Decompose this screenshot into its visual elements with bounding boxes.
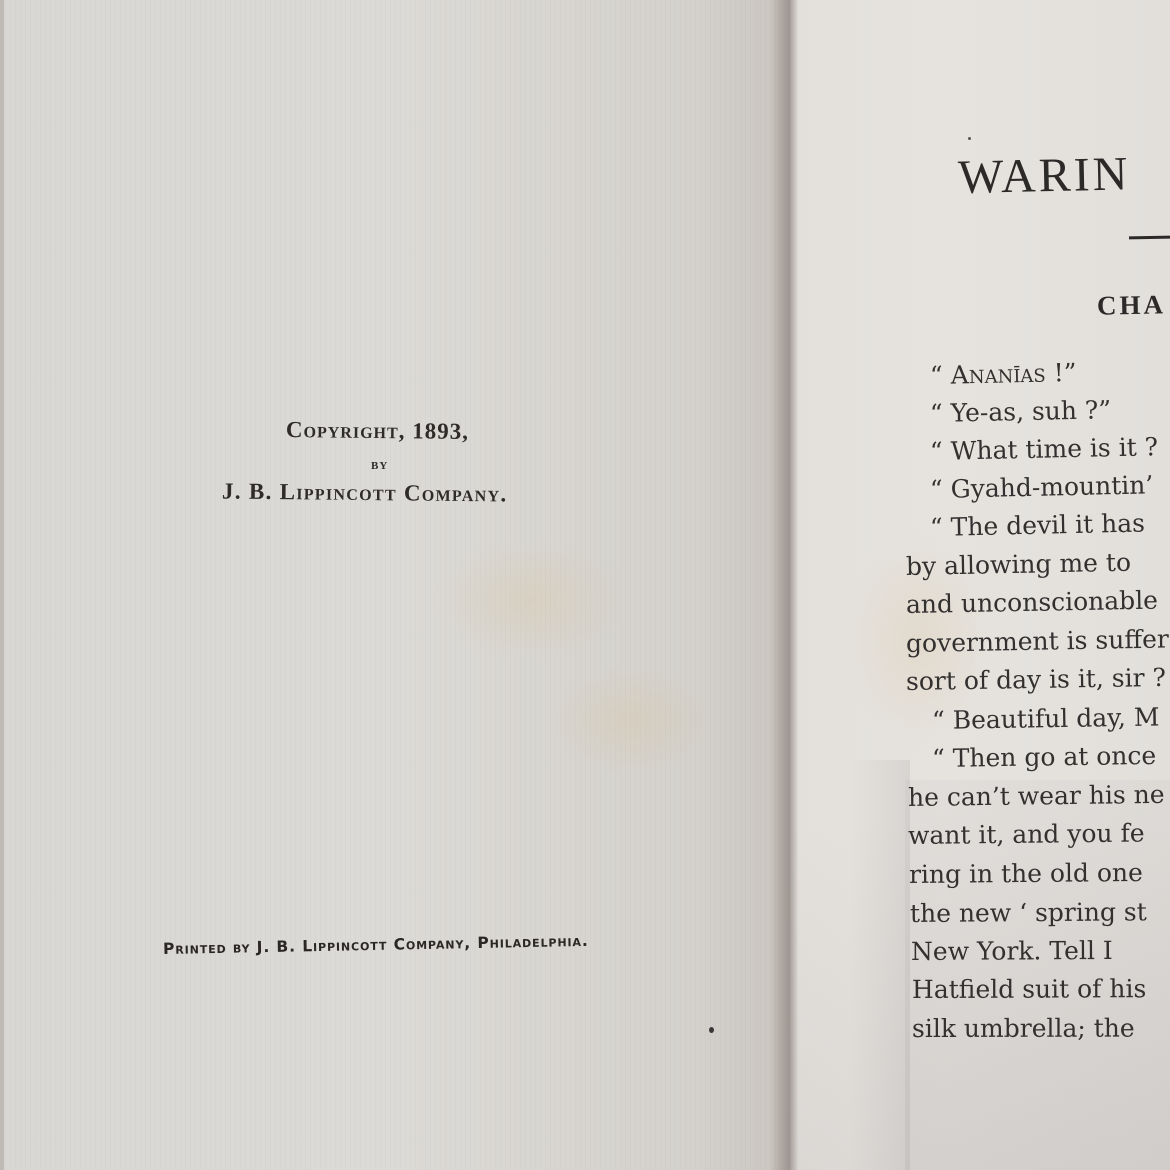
chapter-heading: CHA (1097, 289, 1167, 321)
book-title: WARIN (957, 146, 1130, 205)
text-line: want it, and you fe (908, 819, 1145, 850)
copyright-publisher-line: J. B. Lippincott Company. (222, 479, 508, 508)
ink-speck (968, 137, 971, 140)
text-line: Hatfield suit of his (912, 974, 1146, 1004)
text-line: “ Gyahd-mountin’ (930, 470, 1154, 504)
text-line: “ Ye-as, suh ?” (930, 395, 1112, 428)
text-line: sort of day is it, sir ? (906, 663, 1166, 696)
left-page-copyright: Copyright, 1893, by J. B. Lippincott Com… (0, 0, 790, 1170)
text-line: the new ‘ spring st (910, 897, 1147, 928)
book-spread-photo: Copyright, 1893, by J. B. Lippincott Com… (0, 0, 1170, 1170)
text-line: ring in the old one (909, 858, 1143, 889)
text-line: “ What time is it ? (930, 432, 1159, 466)
text-line: “ Then go at once (932, 741, 1157, 773)
text-line: by allowing me to (906, 548, 1132, 581)
text-line: “ Ananīas !” (930, 358, 1077, 390)
text-line: “ The devil it has (930, 509, 1145, 542)
copyright-year-line: Copyright, 1893, (286, 417, 469, 445)
book-gutter (770, 0, 798, 1170)
text-line: silk umbrella; the (912, 1014, 1135, 1043)
text-line: he can’t wear his ne (908, 780, 1165, 812)
page-edge (0, 0, 4, 1170)
text-line: New York. Tell I (911, 936, 1113, 966)
text-line: “ Beautiful day, M (932, 702, 1160, 735)
text-line: and unconscionable (906, 586, 1158, 619)
text-line: government is suffer (906, 624, 1169, 658)
hand-shadow (790, 760, 910, 1170)
copyright-by-line: by (371, 457, 388, 474)
ink-speck (709, 1027, 714, 1033)
printer-imprint: Printed by J. B. Lippincott Company, Phi… (163, 932, 589, 958)
